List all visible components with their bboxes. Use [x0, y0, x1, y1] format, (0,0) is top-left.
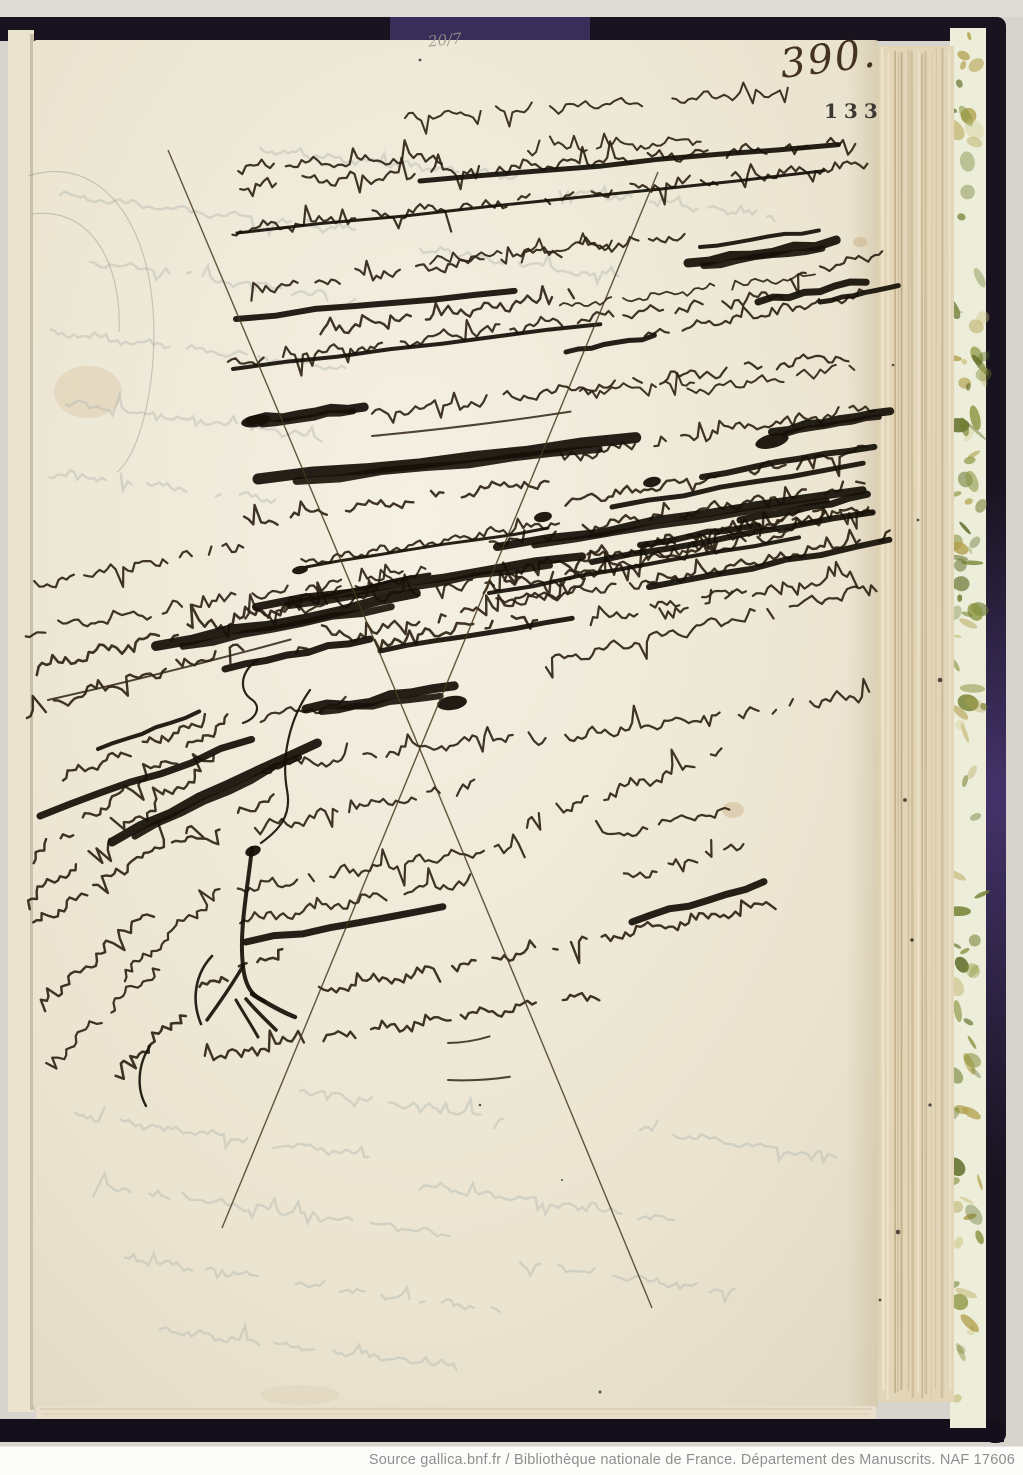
pencil-foliation-mark: 20/7: [427, 29, 462, 50]
manuscript-scan: 390. 133 20/7 Source gallica.bnf.fr / Bi…: [0, 0, 1023, 1475]
source-caption-text: Source gallica.bnf.fr / Bibliothèque nat…: [369, 1447, 1015, 1474]
manuscript-photo: [0, 0, 1023, 1475]
source-caption-bar: Source gallica.bnf.fr / Bibliothèque nat…: [0, 1446, 1023, 1475]
stamped-folio-number: 133: [824, 99, 884, 123]
